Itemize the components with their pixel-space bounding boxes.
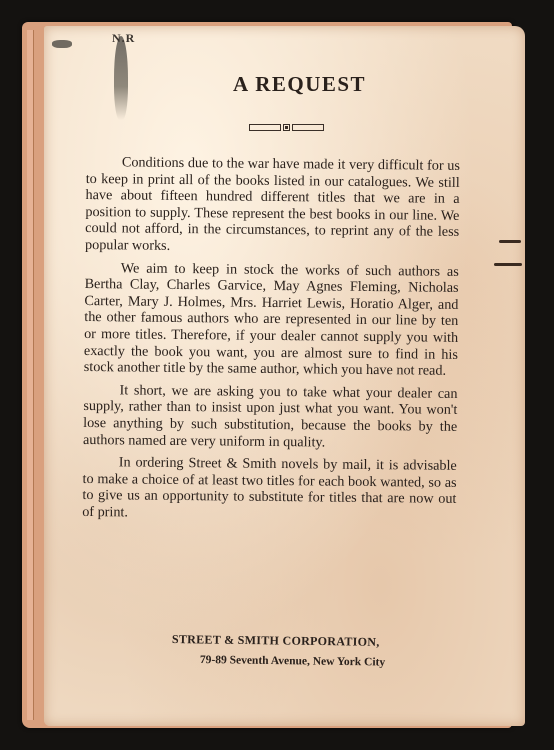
page-title: A REQUEST: [44, 72, 525, 97]
paragraph: Conditions due to the war have made it v…: [85, 154, 460, 257]
edge-tear: [494, 263, 522, 266]
book-page: N.R A REQUEST Conditions due to the war …: [44, 26, 525, 726]
ornament-divider-icon: [249, 124, 324, 131]
body-text: Conditions due to the war have made it v…: [82, 154, 460, 530]
address: 79-89 Seventh Avenue, New York City: [200, 654, 385, 669]
signature: STREET & SMITH CORPORATION,: [172, 632, 380, 650]
edge-tear: [499, 240, 521, 243]
cover-inner-edge: [27, 30, 34, 720]
paragraph: In ordering Street & Smith novels by mai…: [82, 454, 457, 524]
paragraph: It short, we are asking you to take what…: [83, 382, 458, 452]
stain-mark: [52, 40, 72, 48]
paragraph: We aim to keep in stock the works of suc…: [84, 260, 459, 380]
corner-mark: N.R: [112, 31, 135, 46]
